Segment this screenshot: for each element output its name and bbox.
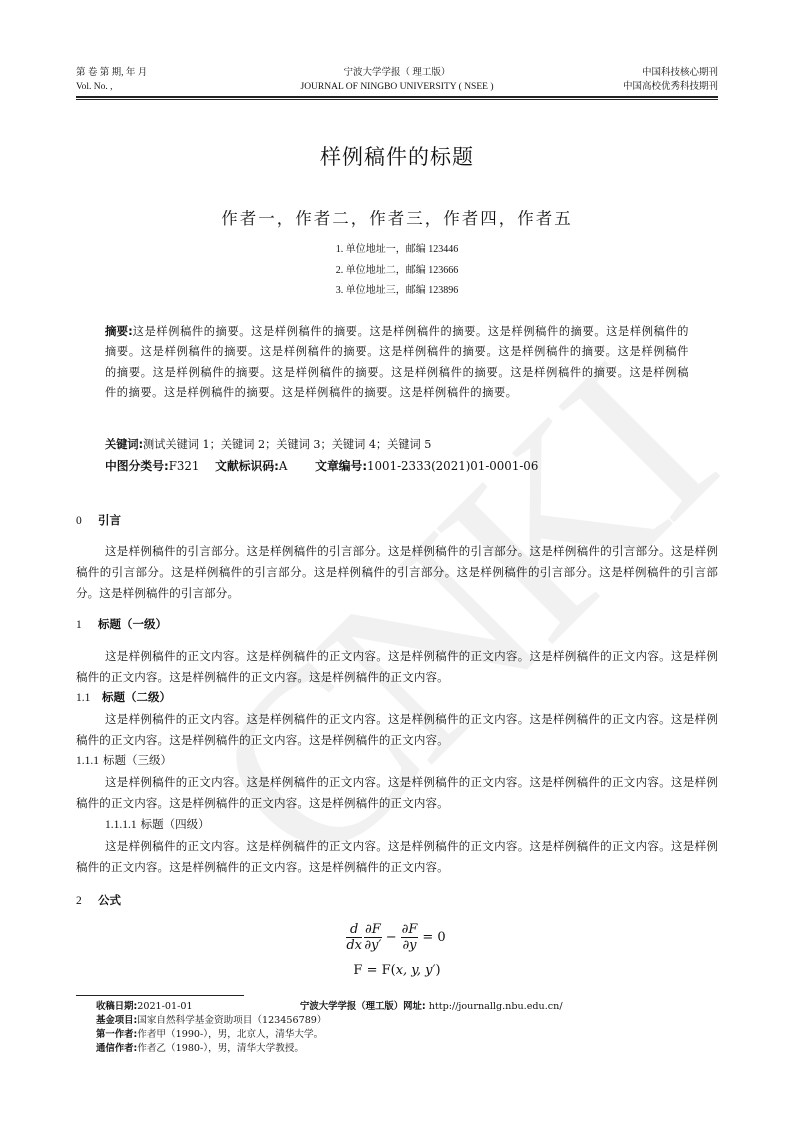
paper-title: 样例稿件的标题 <box>0 141 794 171</box>
affiliation-list: 1. 单位地址一，邮编 123446 2. 单位地址二，邮编 123666 3.… <box>0 240 794 302</box>
header-journal-status: 中国科技核心期刊 中国高校优秀科技期刊 <box>623 66 718 94</box>
keywords-label: 关键词: <box>105 438 143 451</box>
footnote-rule <box>76 995 244 996</box>
footnote-first-author: 第一作者:作者甲（1990-），男，北京人，清华大学。 <box>96 1028 734 1042</box>
footnotes: 收稿日期:2021-01-01 宁波大学学报（理工版）网址: http://jo… <box>96 1000 734 1056</box>
header-double-rule <box>76 96 718 100</box>
article-no-label: 文章编号: <box>315 459 367 473</box>
section-1-1-1-paragraph: 这是样例稿件的正文内容。这是样例稿件的正文内容。这是样例稿件的正文内容。这是样例… <box>76 772 718 814</box>
affiliation-item: 3. 单位地址三，邮编 123896 <box>0 281 794 302</box>
article-no-value: 1001-2333(2021)01-0001-06 <box>367 459 538 473</box>
section-heading-2: 2公式 <box>76 892 121 909</box>
footnote-fund: 基金项目:国家自然科学基金资助项目（123456789） <box>96 1014 734 1028</box>
section-heading-1-1-1: 1.1.1标题（三级） <box>76 752 172 769</box>
section-1-1-1-1-paragraph: 这是样例稿件的正文内容。这是样例稿件的正文内容。这是样例稿件的正文内容。这是样例… <box>76 836 718 878</box>
affiliation-item: 2. 单位地址二，邮编 123666 <box>0 261 794 282</box>
clc-value: F321 <box>169 459 200 473</box>
formula-euler-lagrange: ddx∂F∂y′−∂F∂y= 0 <box>0 922 794 953</box>
keywords-text: 测试关键词 1；关键词 2；关键词 3；关键词 4；关键词 5 <box>143 438 431 451</box>
section-1-paragraph: 这是样例稿件的正文内容。这是样例稿件的正文内容。这是样例稿件的正文内容。这是样例… <box>76 646 718 688</box>
abstract: 摘要:这是样例稿件的摘要。这是样例稿件的摘要。这是样例稿件的摘要。这是样例稿件的… <box>105 321 689 403</box>
section-heading-1-1-1-1: 1.1.1.1标题（四级） <box>105 816 210 833</box>
journal-website: 宁波大学学报（理工版）网址: http://journallg.nbu.edu.… <box>300 1000 563 1014</box>
section-heading-1-1: 1.1标题（二级） <box>76 689 171 706</box>
header-journal-name: 宁波大学学报（ 理工版） JOURNAL OF NINGBO UNIVERSIT… <box>76 66 718 94</box>
affiliation-item: 1. 单位地址一，邮编 123446 <box>0 240 794 261</box>
running-header: 第 卷 第 期, 年 月 Vol. No. , 宁波大学学报（ 理工版） JOU… <box>76 66 718 98</box>
keywords: 关键词:测试关键词 1；关键词 2；关键词 3；关键词 4；关键词 5 <box>105 435 704 455</box>
author-list: 作者一，作者二，作者三，作者四，作者五 <box>0 205 794 229</box>
footnote-received: 收稿日期:2021-01-01 宁波大学学报（理工版）网址: http://jo… <box>96 1000 734 1014</box>
doc-code-value: A <box>279 459 288 473</box>
doc-code-label: 文献标识码: <box>215 459 279 473</box>
section-1-1-paragraph: 这是样例稿件的正文内容。这是样例稿件的正文内容。这是样例稿件的正文内容。这是样例… <box>76 709 718 751</box>
formula-function-def: F = F(x, y, y′) <box>0 963 794 978</box>
journal-website-link[interactable]: http://journallg.nbu.edu.cn/ <box>429 1001 563 1012</box>
intro-paragraph: 这是样例稿件的引言部分。这是样例稿件的引言部分。这是样例稿件的引言部分。这是样例… <box>76 541 718 604</box>
classification-line: 中图分类号:F321 文献标识码:A 文章编号:1001-2333(2021)0… <box>105 456 704 476</box>
abstract-label: 摘要: <box>105 324 133 338</box>
footnote-corresponding-author: 通信作者:作者乙（1980-），男，清华大学教授。 <box>96 1042 734 1056</box>
clc-label: 中图分类号: <box>105 459 169 473</box>
section-heading-1: 1标题（一级） <box>76 616 167 633</box>
abstract-text: 这是样例稿件的摘要。这是样例稿件的摘要。这是样例稿件的摘要。这是样例稿件的摘要。… <box>105 325 689 399</box>
section-heading-intro: 0引言 <box>76 512 121 529</box>
